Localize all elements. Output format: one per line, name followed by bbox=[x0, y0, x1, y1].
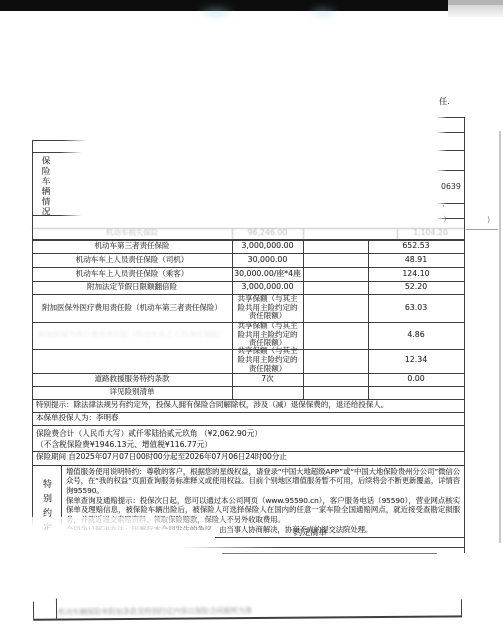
table-border bbox=[437, 117, 465, 118]
coverage-amount: 30,000.00/座*4座 bbox=[234, 267, 301, 281]
coverage-name: 机动车第三者责任保险 bbox=[34, 239, 230, 253]
coverage-name: 附加法定节假日限额翻倍险 bbox=[34, 281, 230, 294]
coverage-premium: 652.53 bbox=[370, 239, 462, 253]
document-page: 任. 0639 、 ） ) 保险车辆情况 机动车损失保险 96,246.00 1… bbox=[0, 0, 503, 630]
scan-blue-smudge bbox=[196, 4, 236, 20]
washed-coverage-name: 机动车损失保险 bbox=[34, 227, 230, 239]
coverage-amount: 共享保额（与其主险共用主险约定的责任限额） bbox=[236, 294, 299, 322]
page-edge-line bbox=[499, 131, 501, 543]
coverage-premium: 48.91 bbox=[370, 253, 462, 267]
table-border bbox=[437, 150, 465, 151]
table-border bbox=[33, 602, 34, 619]
coverage-amount: 3,000,000.00 bbox=[234, 281, 301, 294]
coverage-name: 道路救援服务特约条款 bbox=[34, 373, 230, 387]
table-border bbox=[222, 553, 437, 554]
premium-total: 保险费合计（人民币大写）贰仟零陆拾贰元玖角 （¥2,062.90元） bbox=[36, 428, 262, 439]
agreement-paragraph: 增值服务使用说明特约：尊敬的客户，根据您的星级权益，请登录“中国大地超级APP”… bbox=[66, 467, 460, 496]
coverage-amount: 共享保额（与其主险共用主险约定的责任限额） bbox=[236, 322, 299, 348]
scan-edge-strip-fade bbox=[448, 5, 503, 17]
special-notice: 特别提示：除法律法规另有约定外，投保人拥有保险合同解除权，涉及（减）退保保费的，… bbox=[36, 399, 456, 412]
coverage-amount: 3,000,000.00 bbox=[234, 239, 301, 253]
policy-holder: 本保单投保人为：李明春 bbox=[36, 412, 456, 425]
coverage-name: 详见险别清单 bbox=[34, 386, 230, 399]
table-border bbox=[32, 152, 82, 153]
coverage-amount: 7次 bbox=[234, 373, 301, 387]
coverage-name: 机动车车上人员责任保险（司机） bbox=[34, 253, 230, 267]
coverage-premium: 0.00 bbox=[370, 373, 462, 387]
coverage-premium: 63.03 bbox=[370, 294, 462, 322]
vehicle-section-label: 保险车辆情况 bbox=[39, 156, 51, 217]
overexposed-wash bbox=[30, 530, 217, 592]
insurance-period: 保险期间 自2025年07月07日00时00分起至2026年07月06日24时0… bbox=[36, 451, 456, 466]
washed-coverage-name: 附加医保外医疗费用责任险（机动车车上人员责任保险） bbox=[34, 322, 230, 348]
table-border bbox=[464, 117, 465, 553]
table-border bbox=[32, 425, 465, 426]
coverage-amount: 30,000.00 bbox=[234, 253, 301, 267]
table-border bbox=[368, 239, 369, 399]
table-border bbox=[55, 599, 56, 619]
table-border bbox=[437, 218, 465, 219]
coverage-name: 附加医保外医疗费用责任险（机动车第三者责任保险） bbox=[34, 294, 230, 322]
washed-punctuation: 、 bbox=[442, 198, 450, 209]
washed-coverage-premium: 1,104.20 bbox=[399, 227, 462, 239]
table-border bbox=[437, 170, 465, 171]
coverage-premium: 12.34 bbox=[370, 348, 462, 373]
table-border bbox=[437, 132, 465, 133]
table-border bbox=[303, 239, 304, 399]
table-border bbox=[215, 537, 465, 538]
table-border bbox=[32, 228, 33, 466]
washed-punctuation: ) bbox=[487, 215, 490, 224]
table-border bbox=[182, 547, 465, 548]
table-border bbox=[232, 239, 233, 399]
table-border bbox=[466, 229, 498, 230]
table-border bbox=[461, 599, 462, 615]
coverage-amount: 共享保额（与其主险共用主险约定的责任限额） bbox=[236, 348, 299, 373]
washed-serial-fragment: 0639 bbox=[441, 182, 461, 191]
washed-bottom-row: 机动车辆保险单附加条款及特别约定内容以保险合同载明为准 bbox=[28, 590, 468, 623]
washed-punctuation: ） bbox=[443, 214, 451, 225]
premium-total-ex-tax: （不含税保险费¥1946.13元、增值税¥116.77元） bbox=[36, 439, 212, 450]
coverage-premium: 4.86 bbox=[370, 322, 462, 348]
washed-sentence-tail: 任. bbox=[439, 96, 450, 107]
coverage-premium: 52.20 bbox=[370, 281, 462, 294]
washed-coverage-amount: 96,246.00 bbox=[234, 227, 301, 239]
table-border bbox=[32, 140, 87, 141]
coverage-name: 机动车车上人员责任保险（乘客） bbox=[34, 267, 230, 281]
scan-blue-smudge bbox=[306, 4, 340, 20]
coverage-premium: 124.10 bbox=[370, 267, 462, 281]
